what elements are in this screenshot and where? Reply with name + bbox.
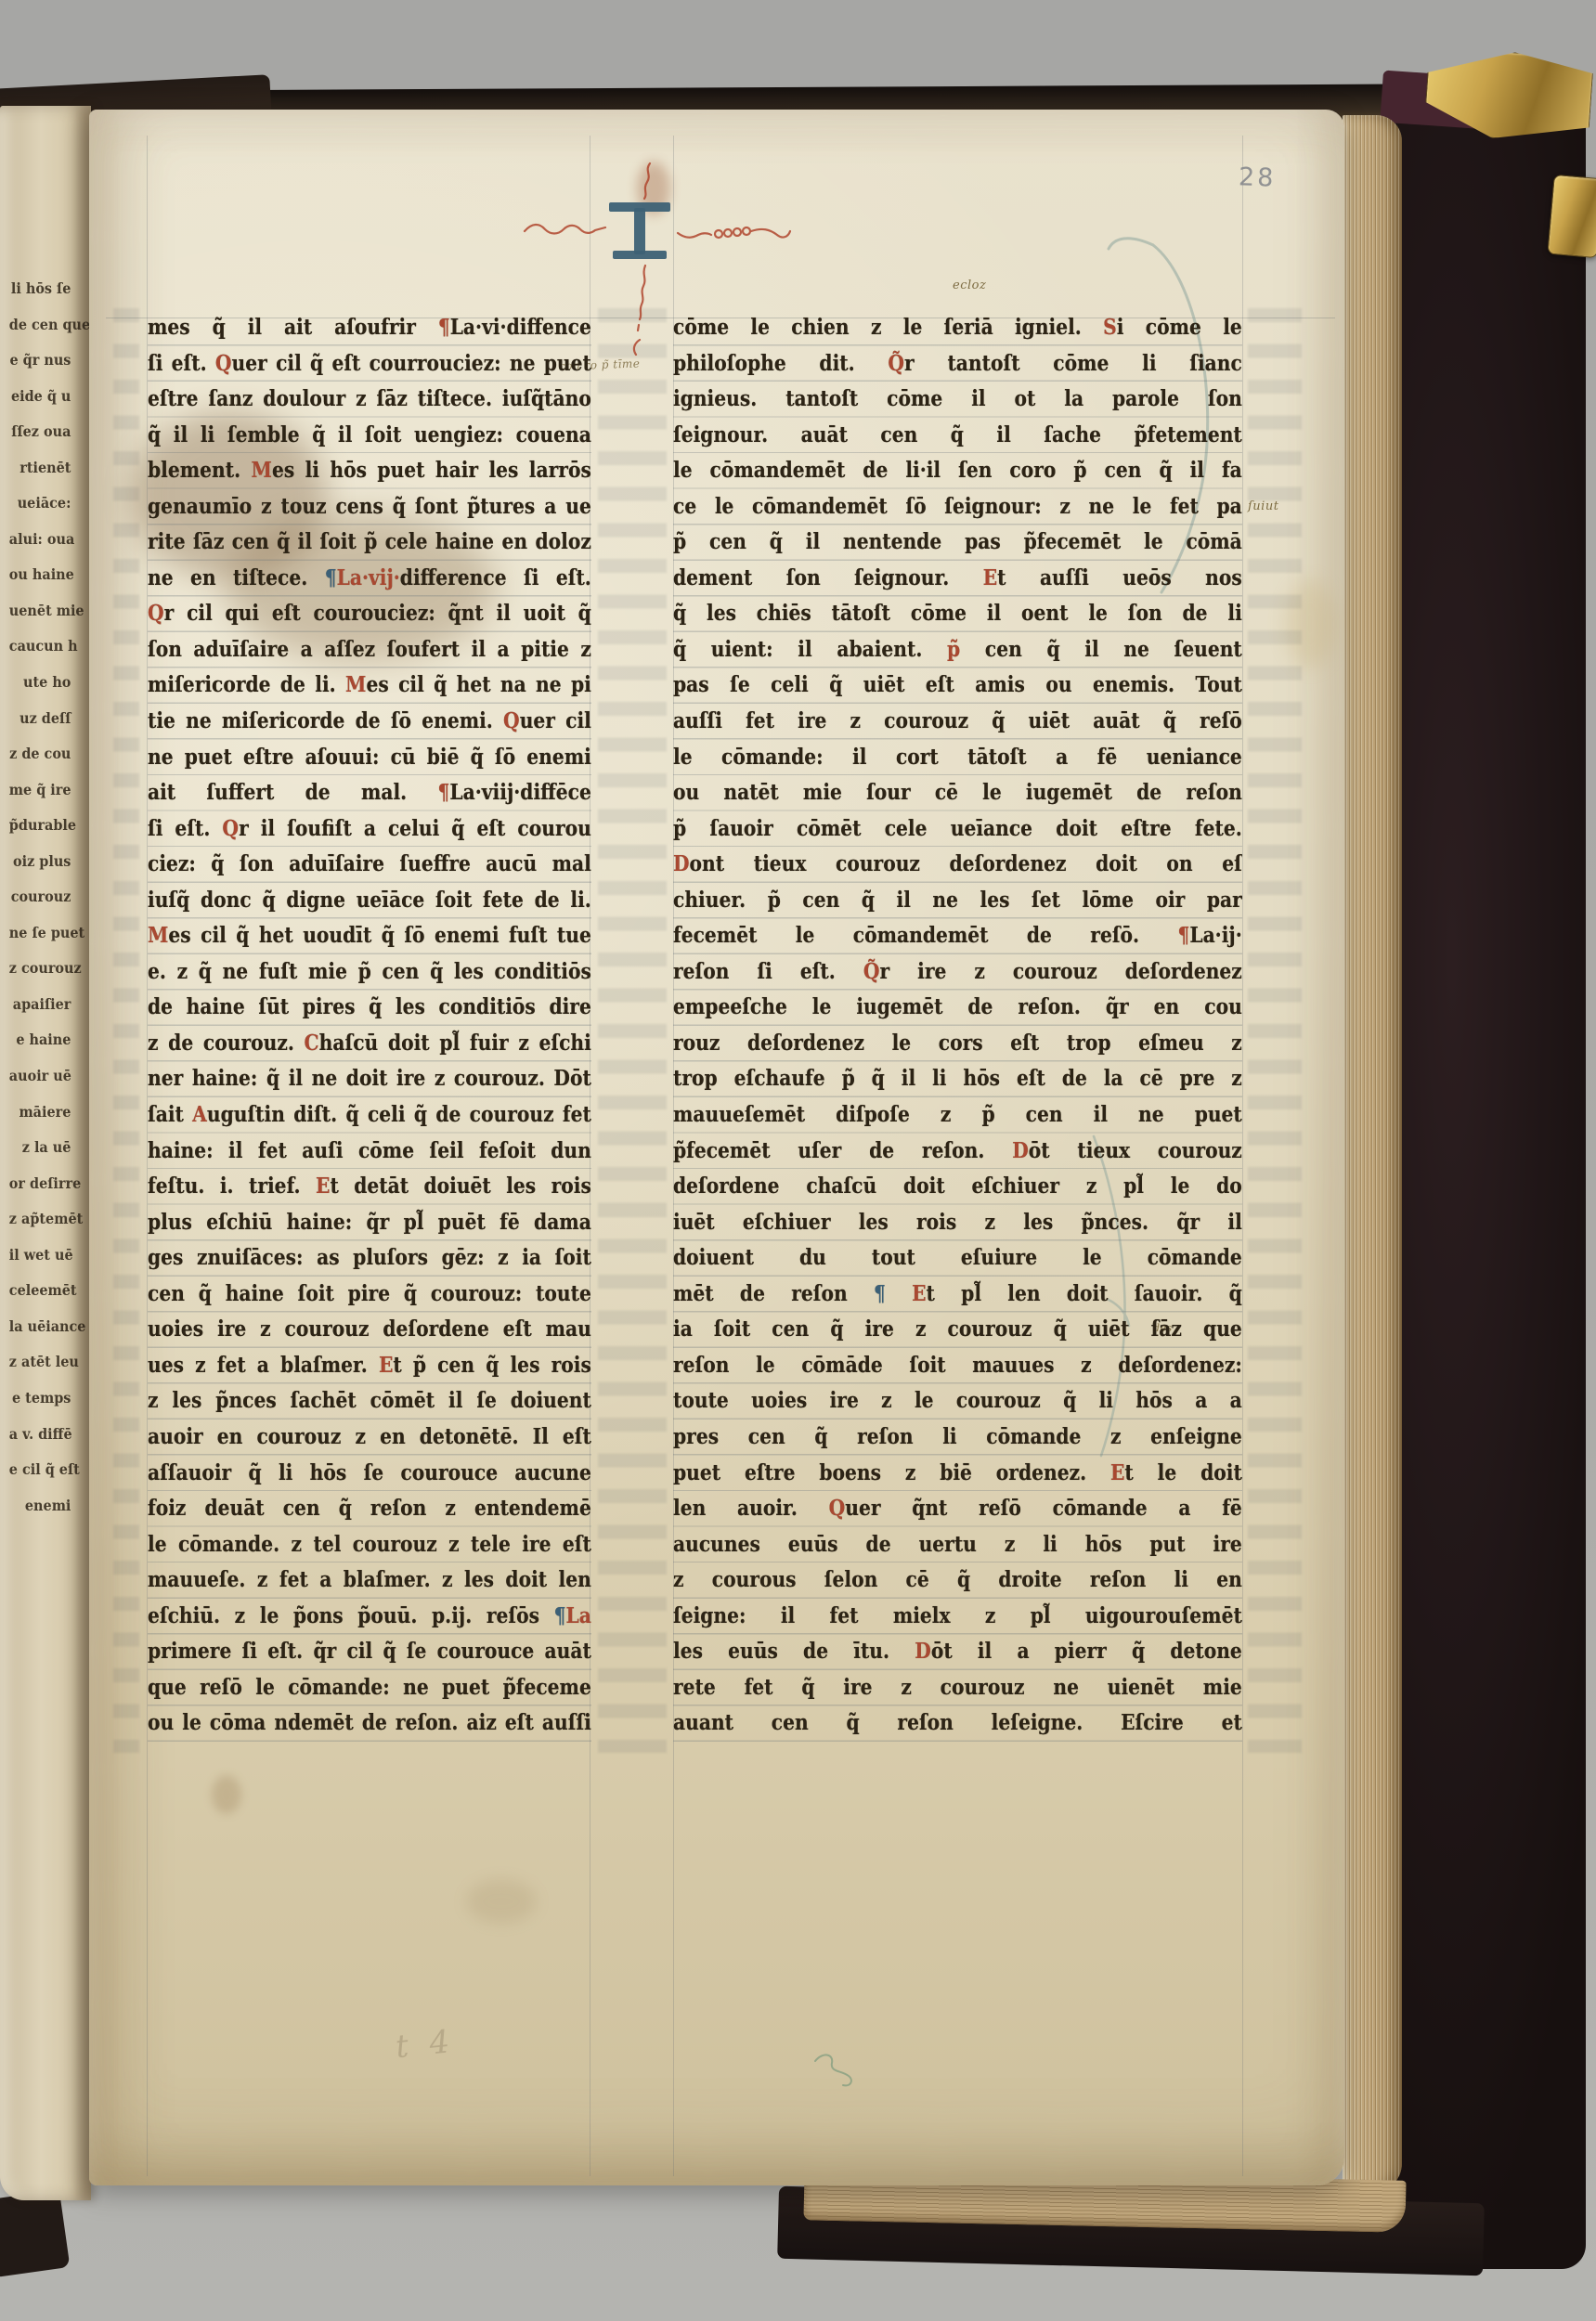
manuscript-text-line: mauueſe. z fet a blaſmer. z les doit len — [148, 1562, 591, 1599]
line-text: blement. Mes li hōs puet hair les larrōs — [148, 453, 591, 489]
line-text: doiuent du tout eſuiure le cōmande — [673, 1240, 1242, 1277]
line-text: iuēt eſchiuer les rois z les p̃nces. q̃r… — [673, 1205, 1242, 1241]
manuscript-text-line: trop eſchaufe p̃ q̃ il li hōs eſt de la … — [673, 1061, 1242, 1097]
edge-text-fragment: z de cou — [9, 736, 91, 772]
manuscript-text-line: ou le cōma ndemēt de reſon. aiz eſt auſſ… — [148, 1705, 591, 1742]
manuscript-text-line: Qr cil qui eſt courouciez: q̃nt il uoit … — [148, 596, 591, 632]
line-text: reſon ſi eſt. Q̃r ire z courouz deſorden… — [673, 954, 1242, 991]
rubric-red-text: S — [1103, 315, 1117, 340]
right-margin-gloss: ſuiut — [1248, 499, 1278, 513]
line-text: chiuer. p̃ cen q̃ il ne les ſet lōme oir… — [673, 883, 1242, 919]
rubric-red-text: Q — [222, 816, 239, 841]
line-text: e. z q̃ ne fuſt mie p̃ cen q̃ les condit… — [148, 954, 591, 991]
line-text: haine: il fet auſi cōme ſeil feſoit dun — [148, 1134, 591, 1170]
line-text: reſon le cōmāde ſoit mauues z deſordenez… — [673, 1348, 1242, 1384]
manuscript-text-line: p̃fecemēt uſer de reſon. Dōt tieux couro… — [673, 1134, 1242, 1170]
edge-text-fragment: li hōs ſe — [9, 271, 91, 307]
line-text: z les p̃nces ſachēt cōmēt il ſe doiuent — [148, 1383, 591, 1420]
line-text: z de courouz. Chaſcū doit pl̃ fuir z eſc… — [148, 1026, 591, 1062]
line-text: pres cen q̃ reſon li cōmande z enſeigne — [673, 1420, 1242, 1456]
line-text: mauueſemēt diſpoſe z p̃ cen il ne puet — [673, 1097, 1242, 1134]
rubric-red-text: La·vij· — [337, 565, 400, 590]
line-text: z courous ſelon cē q̃ droite reſon li en — [673, 1562, 1242, 1599]
manuscript-text-line: que reſō le cōmande: ne puet p̃feceme — [148, 1670, 591, 1706]
line-text: primere ſi eſt. q̃r cil q̃ ſe courouce a… — [148, 1634, 591, 1670]
manuscript-text-line: chiuer. p̃ cen q̃ il ne les ſet lōme oir… — [673, 883, 1242, 919]
edge-text-fragment: rtienēt — [9, 450, 91, 486]
line-text: fecemēt le cōmandemēt de reſō. ¶La·ij· — [673, 918, 1242, 954]
line-text: trop eſchaufe p̃ q̃ il li hōs eſt de la … — [673, 1061, 1242, 1097]
line-text: auoir en courouz z en detonētē. Il eſt — [148, 1420, 591, 1456]
edge-text-fragment: z la uē — [9, 1130, 91, 1166]
manuscript-text-line: mes q̃ il ait aſoufrir ¶La·vi·diffence — [148, 310, 591, 346]
manuscript-text-line: ce le cōmandemēt ſō ſeignour: z ne le fe… — [673, 489, 1242, 525]
line-text: ſait Auguſtin diſt. q̃ celi q̃ de courou… — [148, 1097, 591, 1134]
edge-text-fragment: a v. diffē — [9, 1417, 91, 1453]
manuscript-text-line: reſon le cōmāde ſoit mauues z deſordenez… — [673, 1348, 1242, 1384]
line-text: ia ſoit cen q̃ ire z courouz q̃ uiēt ſāz… — [673, 1312, 1242, 1348]
rubric-red-text: D — [915, 1639, 931, 1664]
manuscript-text-line: ues z fet a blaſmer. Et p̃ cen q̃ les ro… — [148, 1348, 591, 1384]
show-through-ghost — [113, 308, 139, 1753]
line-text: ſi eſt. Quer cil q̃ eſt courrouciez: ne … — [148, 346, 591, 383]
rubric-red-text: Q — [829, 1496, 846, 1521]
line-text: ner haine: q̃ il ne doit ire z courouz. … — [148, 1061, 591, 1097]
manuscript-text-line: mēt de reſon ¶ Et pl̃ len doit ſauoir. q… — [673, 1277, 1242, 1313]
manuscript-text-line: puet eſtre boens z biē ordenez. Et le do… — [673, 1456, 1242, 1492]
line-text: ues z fet a blaſmer. Et p̃ cen q̃ les ro… — [148, 1348, 591, 1384]
rubric-red-text: M — [345, 672, 366, 697]
edge-text-fragment: ute ho — [9, 665, 91, 701]
rubric-red-text: ¶ — [438, 315, 450, 340]
line-text: ou natēt mie ſour cē le iugemēt de reſon — [673, 775, 1242, 811]
line-text: q̃ les chiēs tātoſt cōme il oent le ſon … — [673, 596, 1242, 632]
line-text: uoies ire z courouz deſordene eſt mau — [148, 1312, 591, 1348]
rubric-red-text: p̃ — [947, 637, 960, 662]
manuscript-text-line: pres cen q̃ reſon li cōmande z enſeigne — [673, 1420, 1242, 1456]
show-through-ghost — [598, 308, 667, 1753]
line-text: genaumīo z touz cens q̃ ſont p̃tures a u… — [148, 489, 591, 525]
edge-text-fragment: uenēt mie — [9, 593, 91, 629]
line-text: p̃fecemēt uſer de reſon. Dōt tieux couro… — [673, 1134, 1242, 1170]
blue-paraph: ¶ — [325, 565, 337, 590]
manuscript-text-line: ne puet eſtre aſouui: cū biē q̃ ſō enemi — [148, 740, 591, 776]
edge-text-fragment: me q̃ ire — [9, 772, 91, 809]
manuscript-text-line: reſon ſi eſt. Q̃r ire z courouz deſorden… — [673, 954, 1242, 991]
manuscript-text-line: auſſi fet ire z courouz q̃ uiēt auāt q̃ … — [673, 704, 1242, 740]
manuscript-text-line: z de courouz. Chaſcū doit pl̃ fuir z eſc… — [148, 1026, 591, 1062]
manuscript-text-line: iuēt eſchiuer les rois z les p̃nces. q̃r… — [673, 1205, 1242, 1241]
manuscript-text-line: p̃ cen q̃ il nentende pas p̃fecemēt le c… — [673, 525, 1242, 561]
manuscript-text-line: aſſauoir q̃ li hōs ſe courouce aucune — [148, 1456, 591, 1492]
line-text: Qr cil qui eſt courouciez: q̃nt il uoit … — [148, 596, 591, 632]
edge-text-fragment: or deſirre — [9, 1166, 91, 1202]
edge-text-fragment: auoir uē — [9, 1058, 91, 1095]
manuscript-text-line: cōme le chien z le ſeriā igniel. Si cōme… — [673, 310, 1242, 346]
manuscript-text-line: ſeigne: il fet mielx z pl̃ uigourouſemēt — [673, 1599, 1242, 1635]
rubric-red-text: E — [379, 1353, 393, 1378]
line-text: ſeigne: il fet mielx z pl̃ uigourouſemēt — [673, 1599, 1242, 1635]
line-text: de haine ſūt pires q̃ les conditiōs dire — [148, 990, 591, 1026]
manuscript-text-line: ciez: q̃ ſon aduīſaire ſueffre aucū mal — [148, 847, 591, 883]
line-text: eſtre ſanz doulour z ſāz tiſtece. iuſq̃t… — [148, 382, 591, 418]
rubric-red-text: M — [252, 458, 272, 483]
previous-page-text-fragments: li hōs ſede cen quee q̃r nuseide q̃ uſſe… — [0, 271, 91, 1524]
manuscript-text-line: le cōmande: il cort tātoſt a fē ueniance — [673, 740, 1242, 776]
page-block-fore-edge — [1343, 115, 1402, 2193]
line-text: mēt de reſon ¶ Et pl̃ len doit ſauoir. q… — [673, 1277, 1242, 1313]
manuscript-text-line: tie ne miſericorde de ſō enemi. Quer cil — [148, 704, 591, 740]
rubric-red-text: Q̃ — [888, 351, 904, 376]
line-text: ſi eſt. Qr il ſoufiſt a celui q̃ eſt cou… — [148, 811, 591, 848]
line-text: le cōmande. z tel courouz z tele ire eſt — [148, 1527, 591, 1563]
edge-text-fragment: uz deſſ — [9, 701, 91, 737]
edge-text-fragment: celeemēt — [9, 1273, 91, 1309]
manuscript-text-line: le cōmande. z tel courouz z tele ire eſt — [148, 1527, 591, 1563]
edge-text-fragment: p̃durable — [9, 808, 91, 844]
edge-text-fragment: il wet uē — [9, 1238, 91, 1274]
edge-text-fragment: enemi — [9, 1488, 91, 1524]
line-text: dement ſon ſeignour. Et auſſi ueōs nos — [673, 561, 1242, 597]
line-text: ignieus. tantoſt cōme il ot la parole ſo… — [673, 382, 1242, 418]
line-text: p̃ ſauoir cōmēt cele ueīance doit eſtre … — [673, 811, 1242, 848]
edge-text-fragment: eide q̃ u — [9, 379, 91, 415]
line-text: cōme le chien z le ſeriā igniel. Si cōme… — [673, 310, 1242, 346]
manuscript-text-line: dement ſon ſeignour. Et auſſi ueōs nos — [673, 561, 1242, 597]
line-text: cen q̃ haine ſoit pire q̃ courouz: toute — [148, 1277, 591, 1313]
line-text: le cōmandemēt de li·il ſen coro p̃ cen q… — [673, 453, 1242, 489]
manuscript-text-line: z courous ſelon cē q̃ droite reſon li en — [673, 1562, 1242, 1599]
gold-clasp-right-edge — [1547, 175, 1596, 258]
manuscript-text-line: pas ſe celi q̃ uiēt eſt amis ou enemis. … — [673, 668, 1242, 704]
initial-serif-bottom — [613, 251, 667, 259]
line-text: auſſi fet ire z courouz q̃ uiēt auāt q̃ … — [673, 704, 1242, 740]
text-column-right: cōme le chien z le ſeriā igniel. Si cōme… — [673, 310, 1242, 1742]
manuscript-text-line: ner haine: q̃ il ne doit ire z courouz. … — [148, 1061, 591, 1097]
line-text: ges znuiſāces: as pluſors gēz: z ia ſoit — [148, 1240, 591, 1277]
manuscript-text-line: genaumīo z touz cens q̃ ſont p̃tures a u… — [148, 489, 591, 525]
rubric-red-text: Q̃ — [863, 959, 880, 984]
edge-text-fragment: alui: oua — [9, 522, 91, 558]
edge-text-fragment: māiere — [9, 1095, 91, 1131]
book-cover-bottom-left — [0, 2190, 70, 2278]
line-text: len auoir. Quer q̃nt reſō cōmande a fē — [673, 1491, 1242, 1527]
line-text: mes q̃ il ait aſoufrir ¶La·vi·diffence — [148, 310, 591, 346]
manuscript-text-line: blement. Mes li hōs puet hair les larrōs — [148, 453, 591, 489]
edge-text-fragment: z atēt leu — [9, 1344, 91, 1381]
line-text: feſtu. i. trief. Et detāt doiuēt les roi… — [148, 1169, 591, 1205]
line-text: deſordene chaſcū doit eſchiuer z pl̃ le … — [673, 1169, 1242, 1205]
quire-mark: t 4 — [394, 2023, 457, 2066]
manuscript-text-line: rite ſāz cen q̃ il ſoit p̃ cele haine en… — [148, 525, 591, 561]
line-text: q̃ uient: il abaient. p̃ cen q̃ il ne ſe… — [673, 632, 1242, 668]
text-column-left: mes q̃ il ait aſoufrir ¶La·vi·diffenceſi… — [148, 310, 591, 1742]
edge-text-fragment: ou haine — [9, 557, 91, 593]
rubric-red-text: D — [673, 851, 690, 876]
manuscript-text-line: toute uoies ire z le courouz q̃ li hōs a… — [673, 1383, 1242, 1420]
initial-stem — [634, 208, 645, 254]
previous-page-curled-edge: li hōs ſede cen quee q̃r nuseide q̃ uſſe… — [0, 106, 91, 2200]
ruling-line-vertical — [1242, 136, 1243, 2176]
line-text: ait ſuffert de mal. ¶La·viij·diffēce — [148, 775, 591, 811]
manuscript-text-line: haine: il fet auſi cōme ſeil feſoit dun — [148, 1134, 591, 1170]
line-text: rete fet q̃ ire z courouz ne uienēt mie — [673, 1670, 1242, 1706]
manuscript-text-line: le cōmandemēt de li·il ſen coro p̃ cen q… — [673, 453, 1242, 489]
rubric-red-text: E — [1110, 1460, 1124, 1485]
line-text: empeeſche le iugemēt de reſon. q̃r en co… — [673, 990, 1242, 1026]
edge-text-fragment: e temps — [9, 1381, 91, 1417]
line-text: miſericorde de li. Mes cil q̃ het na ne … — [148, 668, 591, 704]
rubric-red-text: ¶ — [438, 780, 450, 805]
manuscript-text-line: rouz deſordenez le cors eſt trop eſmeu z — [673, 1026, 1242, 1062]
manuscript-text-line: eſchiū. z le p̃ons p̃ouū. p.ij. reſōs ¶L… — [148, 1599, 591, 1635]
line-text: Mes cil q̃ het uoudīt q̃ ſō enemi fuſt t… — [148, 918, 591, 954]
manuscript-text-line: ſi eſt. Qr il ſoufiſt a celui q̃ eſt cou… — [148, 811, 591, 848]
book-cover-right — [1395, 85, 1586, 2269]
rubric-red-text: Q — [503, 708, 520, 733]
manuscript-text-line: primere ſi eſt. q̃r cil q̃ ſe courouce a… — [148, 1634, 591, 1670]
blue-initial-I-mark — [607, 202, 674, 262]
manuscript-photo: li hōs ſede cen quee q̃r nuseide q̃ uſſe… — [0, 0, 1596, 2321]
manuscript-text-line: philoſophe dit. Q̃r tantoſt cōme li ſian… — [673, 346, 1242, 383]
rubric-red-text: Q — [215, 351, 232, 376]
manuscript-text-line: fecemēt le cōmandemēt de reſō. ¶La·ij· — [673, 918, 1242, 954]
manuscript-text-line: q̃ uient: il abaient. p̃ cen q̃ il ne ſe… — [673, 632, 1242, 668]
line-text: rite ſāz cen q̃ il ſoit p̃ cele haine en… — [148, 525, 591, 561]
rubric-red-text: E — [912, 1281, 926, 1306]
manuscript-text-line: ou natēt mie ſour cē le iugemēt de reſon — [673, 775, 1242, 811]
green-squiggle-mark — [815, 2055, 851, 2085]
edge-text-fragment: ſſez oua — [9, 414, 91, 450]
blue-paraph: ¶ — [874, 1281, 886, 1306]
line-text: mauueſe. z fet a blaſmer. z les doit len — [148, 1562, 591, 1599]
edge-text-fragment: apaiſier — [9, 987, 91, 1023]
line-text: ſon aduīſaire a aſſez ſoufert il a pitie… — [148, 632, 591, 668]
rubric-red-text: A — [192, 1102, 207, 1127]
edge-text-fragment: e haine — [9, 1022, 91, 1058]
line-text: ou le cōma ndemēt de reſon. aiz eſt auſſ… — [148, 1705, 591, 1742]
manuscript-text-line: doiuent du tout eſuiure le cōmande — [673, 1240, 1242, 1277]
manuscript-text-line: rete fet q̃ ire z courouz ne uienēt mie — [673, 1670, 1242, 1706]
blue-paraph: ¶ — [554, 1603, 566, 1628]
edge-text-fragment: oiz plus — [9, 844, 91, 880]
manuscript-text-line: uoies ire z courouz deſordene eſt mau — [148, 1312, 591, 1348]
manuscript-text-line: ſi eſt. Quer cil q̃ eſt courrouciez: ne … — [148, 346, 591, 383]
line-text: le cōmande: il cort tātoſt a fē ueniance — [673, 740, 1242, 776]
manuscript-text-line: aucunes euūs de uertu z li hōs put ire — [673, 1527, 1242, 1563]
line-text: rouz deſordenez le cors eſt trop eſmeu z — [673, 1026, 1242, 1062]
manuscript-text-line: len auoir. Quer q̃nt reſō cōmande a fē — [673, 1491, 1242, 1527]
line-text: pas ſe celi q̃ uiēt eſt amis ou enemis. … — [673, 668, 1242, 704]
manuscript-text-line: Dont tieux courouz deſordenez doit on eſ — [673, 847, 1242, 883]
rubric-red-text: Q — [148, 601, 164, 626]
rubric-red-text: M — [148, 923, 168, 948]
manuscript-text-line: ia ſoit cen q̃ ire z courouz q̃ uiēt ſāz… — [673, 1312, 1242, 1348]
parchment-stain — [212, 1775, 241, 1814]
edge-text-fragment: e cil q̃ eſt — [9, 1452, 91, 1488]
line-text: auant cen q̃ reſon leſeigne. Eſcire et — [673, 1705, 1242, 1742]
manuscript-text-line: eſtre ſanz doulour z ſāz tiſtece. iuſq̃t… — [148, 382, 591, 418]
manuscript-text-line: de haine ſūt pires q̃ les conditiōs dire — [148, 990, 591, 1026]
manuscript-text-line: ne en tiſtece. ¶La·vij·difference ſi eſt… — [148, 561, 591, 597]
rubric-red-text: C — [305, 1031, 319, 1056]
manuscript-text-line: deſordene chaſcū doit eſchiuer z pl̃ le … — [673, 1169, 1242, 1205]
manuscript-text-line: e. z q̃ ne fuſt mie p̃ cen q̃ les condit… — [148, 954, 591, 991]
rubric-red-text: E — [983, 565, 997, 590]
manuscript-text-line: z les p̃nces ſachēt cōmēt il ſe doiuent — [148, 1383, 591, 1420]
line-text: ne en tiſtece. ¶La·vij·difference ſi eſt… — [148, 561, 591, 597]
line-text: q̃ il li ſemble q̃ il ſoit uengiez: coue… — [148, 418, 591, 454]
manuscript-page: 28 — [89, 110, 1344, 2185]
edge-text-fragment: de cen que — [9, 307, 91, 344]
rubric-red-text: D — [1012, 1138, 1029, 1163]
fore-edge-texture — [1343, 115, 1402, 2193]
line-text: iuſq̃ donc q̃ digne ueīāce ſoit fete de … — [148, 883, 591, 919]
rubric-red-text: E — [316, 1173, 330, 1199]
manuscript-text-line: auoir en courouz z en detonētē. Il eſt — [148, 1420, 591, 1456]
line-text: tie ne miſericorde de ſō enemi. Quer cil — [148, 704, 591, 740]
marginal-gloss-ecloz: ecloz — [953, 279, 986, 292]
line-text: philoſophe dit. Q̃r tantoſt cōme li ſian… — [673, 346, 1242, 383]
parchment-stain — [466, 1879, 537, 1924]
line-text: les euūs de ītu. Dōt il a pierr q̃ deton… — [673, 1634, 1242, 1670]
line-text: ne puet eſtre aſouui: cū biē q̃ ſō enemi — [148, 740, 591, 776]
line-text: ciez: q̃ ſon aduīſaire ſueffre aucū mal — [148, 847, 591, 883]
manuscript-text-line: ait ſuffert de mal. ¶La·viij·diffēce — [148, 775, 591, 811]
manuscript-text-line: auant cen q̃ reſon leſeigne. Eſcire et — [673, 1705, 1242, 1742]
manuscript-text-line: ſait Auguſtin diſt. q̃ celi q̃ de courou… — [148, 1097, 591, 1134]
manuscript-text-line: les euūs de ītu. Dōt il a pierr q̃ deton… — [673, 1634, 1242, 1670]
manuscript-text-line: ignieus. tantoſt cōme il ot la parole ſo… — [673, 382, 1242, 418]
manuscript-text-line: empeeſche le iugemēt de reſon. q̃r en co… — [673, 990, 1242, 1026]
manuscript-text-line: q̃ il li ſemble q̃ il ſoit uengiez: coue… — [148, 418, 591, 454]
edge-text-fragment: ne ſe puet — [9, 915, 91, 952]
manuscript-text-line: ges znuiſāces: as pluſors gēz: z ia ſoit — [148, 1240, 591, 1277]
line-text: ce le cōmandemēt ſō ſeignour: z ne le fe… — [673, 489, 1242, 525]
manuscript-text-line: cen q̃ haine ſoit pire q̃ courouz: toute — [148, 1277, 591, 1313]
edge-text-fragment: courouz — [9, 879, 91, 915]
edge-text-fragment: ueiāce: — [9, 486, 91, 522]
manuscript-text-line: Mes cil q̃ het uoudīt q̃ ſō enemi fuſt t… — [148, 918, 591, 954]
line-text: foiz deuāt cen q̃ reſon z entendemē — [148, 1491, 591, 1527]
line-text: puet eſtre boens z biē ordenez. Et le do… — [673, 1456, 1242, 1492]
line-text: que reſō le cōmande: ne puet p̃feceme — [148, 1670, 591, 1706]
line-text: p̃ cen q̃ il nentende pas p̃fecemēt le c… — [673, 525, 1242, 561]
line-text: eſchiū. z le p̃ons p̃ouū. p.ij. reſōs ¶L… — [148, 1599, 591, 1635]
line-text: toute uoies ire z le courouz q̃ li hōs a… — [673, 1383, 1242, 1420]
edge-text-fragment: z ap̃temēt — [9, 1201, 91, 1238]
edge-text-fragment: la uēiance — [9, 1309, 91, 1345]
manuscript-text-line: p̃ ſauoir cōmēt cele ueīance doit eſtre … — [673, 811, 1242, 848]
folio-number: 28 — [1238, 162, 1276, 192]
line-text: aucunes euūs de uertu z li hōs put ire — [673, 1527, 1242, 1563]
line-text: ſeignour. auāt cen q̃ il ſache p̃fetemen… — [673, 418, 1242, 454]
manuscript-text-line: ſon aduīſaire a aſſez ſoufert il a pitie… — [148, 632, 591, 668]
line-text: aſſauoir q̃ li hōs ſe courouce aucune — [148, 1456, 591, 1492]
edge-text-fragment: z courouz — [9, 951, 91, 987]
line-text: Dont tieux courouz deſordenez doit on eſ — [673, 847, 1242, 883]
manuscript-text-line: iuſq̃ donc q̃ digne ueīāce ſoit fete de … — [148, 883, 591, 919]
rubric-red-text: ¶ — [1177, 923, 1189, 948]
manuscript-text-line: q̃ les chiēs tātoſt cōme il oent le ſon … — [673, 596, 1242, 632]
manuscript-text-line: mauueſemēt diſpoſe z p̃ cen il ne puet — [673, 1097, 1242, 1134]
rubric-red-text: La — [565, 1603, 590, 1628]
manuscript-text-line: plus eſchiū haine: q̃r pl̃ puēt fē dama — [148, 1205, 591, 1241]
manuscript-text-line: foiz deuāt cen q̃ reſon z entendemē — [148, 1491, 591, 1527]
edge-text-fragment: e q̃r nus — [9, 343, 91, 379]
manuscript-text-line: ſeignour. auāt cen q̃ il ſache p̃fetemen… — [673, 418, 1242, 454]
manuscript-text-line: miſericorde de li. Mes cil q̃ het na ne … — [148, 668, 591, 704]
line-text: plus eſchiū haine: q̃r pl̃ puēt fē dama — [148, 1205, 591, 1241]
show-through-ghost — [1248, 308, 1302, 1753]
manuscript-text-line: feſtu. i. trief. Et detāt doiuēt les roi… — [148, 1169, 591, 1205]
edge-text-fragment: caucun h — [9, 629, 91, 665]
